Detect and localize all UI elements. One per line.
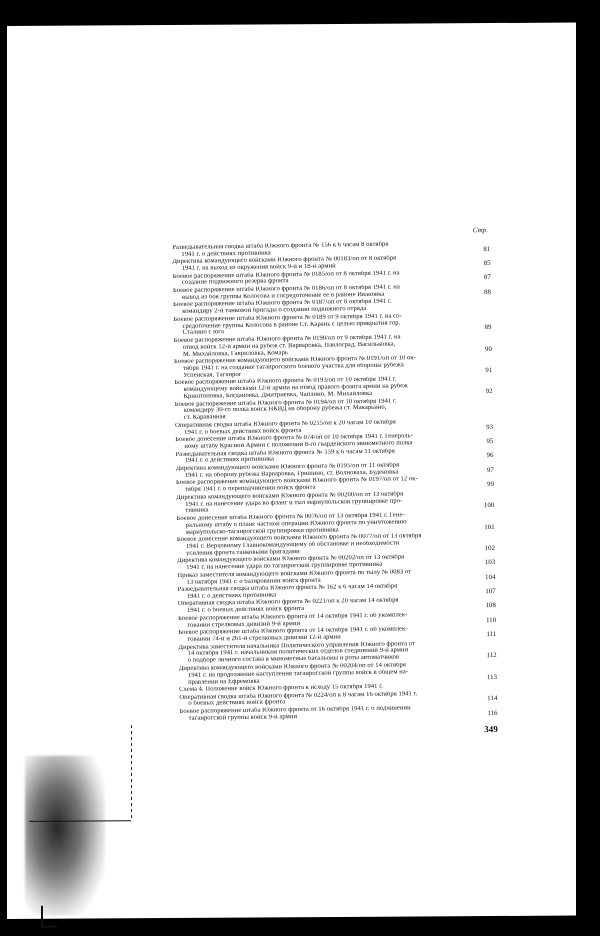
toc-entry-page: 87 — [471, 275, 491, 282]
toc-entry-page: 85 — [470, 261, 490, 268]
toc-entry-page: 96 — [474, 453, 494, 460]
toc-entry-page: 90 — [472, 347, 492, 354]
toc-entry-page: 99 — [474, 482, 494, 489]
toc-entry-page: 103 — [475, 560, 495, 567]
table-of-contents: Стр. Разведывательная сводка штаба Южног… — [172, 227, 498, 723]
toc-entry-page: 81 — [470, 247, 490, 254]
toc-entry-page: 97 — [474, 468, 494, 475]
toc-entry-page: 100 — [474, 503, 494, 510]
toc-entry-page: 107 — [476, 589, 496, 596]
toc-entry-page: 93 — [473, 425, 493, 432]
toc-entries: Разведывательная сводка штаба Южного фро… — [172, 240, 497, 723]
toc-entry-page: 108 — [476, 603, 496, 610]
toc-entry-page: 104 — [475, 575, 495, 582]
toc-entry-page: 112 — [477, 653, 497, 660]
toc-entry-page: 114 — [477, 696, 497, 703]
scan-artifact-mark — [41, 906, 57, 928]
scan-smudge — [25, 755, 105, 915]
toc-entry-page: 102 — [475, 546, 495, 553]
toc-entry-page: 110 — [476, 618, 496, 625]
toc-entry-page: 88 — [471, 290, 491, 297]
toc-entry-page: 92 — [473, 389, 493, 396]
toc-entry-page: 111 — [476, 632, 496, 639]
toc-entry-page: 89 — [472, 325, 492, 332]
toc-entry-page: 91 — [472, 368, 492, 375]
scan-artifact-line — [131, 725, 132, 821]
toc-entry-page: 101 — [475, 525, 495, 532]
scan-border — [576, 0, 600, 936]
toc-entry-page: 116 — [478, 711, 498, 718]
toc-entry-page: 113 — [477, 674, 497, 681]
page-number: 349 — [484, 726, 498, 733]
toc-entry-page: 95 — [473, 439, 493, 446]
